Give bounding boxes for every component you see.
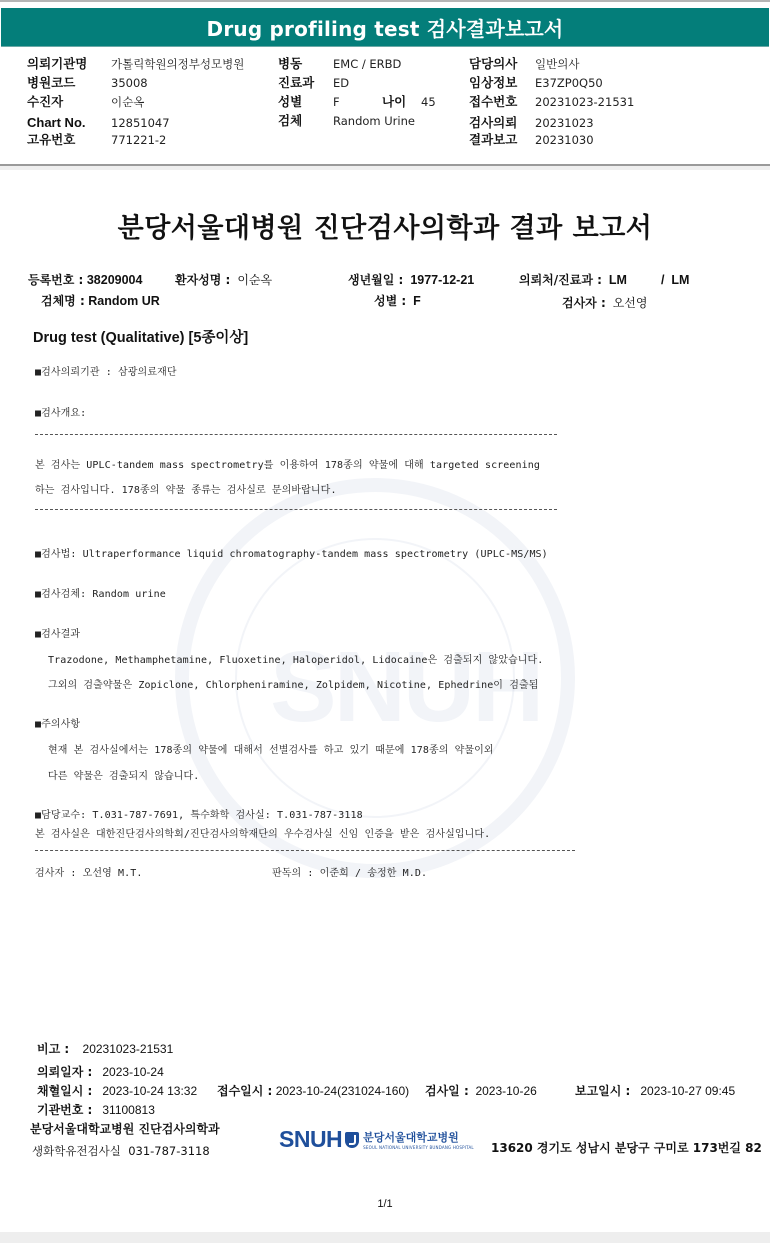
- result-heading: ■검사결과: [35, 625, 80, 640]
- label-attending-doctor: 담당의사: [469, 57, 517, 71]
- report-examiner: 검사자 : 오선영: [562, 294, 648, 311]
- result-line-2: 그외의 검출약물은 Zopiclone, Chlorpheniramine, Z…: [48, 676, 538, 691]
- overview-line-1: 본 검사는 UPLC-tandem mass spectrometry를 이용하…: [35, 456, 540, 471]
- certification-note: 본 검사실은 대한진단검사의학회/진단검사의학재단의 우수검사실 신임 인증을 …: [35, 825, 490, 840]
- caution-line-1: 현재 본 검사실에서는 178종의 약물에 대해서 선별검사를 하고 있기 때문…: [48, 741, 494, 756]
- label-chart-no: Chart No.: [27, 116, 86, 130]
- label-test-request: 검사의뢰: [469, 116, 517, 130]
- result-line-1: Trazodone, Methamphetamine, Fluoxetine, …: [48, 651, 543, 666]
- value-specimen: Random Urine: [333, 114, 415, 128]
- value-receipt-no: 20231023-21531: [535, 95, 634, 109]
- label-unique-no: 고유번호: [27, 133, 75, 147]
- label-sex: 성별: [278, 95, 302, 109]
- birth-date-value: 1977-12-21: [410, 273, 474, 287]
- dashed-divider: [35, 850, 575, 851]
- lab-contact: 생화학유전검사실 031-787-3118: [32, 1143, 210, 1159]
- receipt-value: 2023-10-24(231024-160): [276, 1084, 409, 1098]
- request-date-label: 의뢰일자 :: [37, 1065, 92, 1079]
- report-sex-label: 성별 :: [374, 294, 406, 308]
- specimen-name: 검체명 : Random UR: [41, 292, 160, 309]
- contact-info: ■담당교수: T.031-787-7691, 특수화학 검사실: T.031-7…: [35, 806, 363, 821]
- receipt-row: 접수일시 : 2023-10-24(231024-160): [217, 1082, 409, 1099]
- header-separator-shade: [0, 166, 770, 170]
- department-name-text: 분당서울대학교병원 진단검사의학과: [30, 1122, 220, 1136]
- value-clinical-info: E37ZP0Q50: [535, 76, 603, 90]
- label-hospital-code: 병원코드: [27, 76, 75, 90]
- registration-value: 38209004: [87, 273, 143, 287]
- registration-number: 등록번호 : 38209004: [28, 271, 142, 288]
- label-department: 진료과: [278, 76, 314, 90]
- testing-institution: ■검사의뢰기관 : 삼광의료재단: [35, 363, 177, 378]
- dashed-divider: [35, 434, 557, 435]
- test-method: ■검사법: Ultraperformance liquid chromatogr…: [35, 545, 548, 560]
- value-test-request: 20231023: [535, 116, 594, 130]
- test-specimen: ■검사검체: Random urine: [35, 585, 166, 600]
- overview-heading: ■검사개요:: [35, 404, 86, 419]
- department-name: 분당서울대학교병원 진단검사의학과: [30, 1120, 220, 1137]
- requesting-department-value1: LM: [609, 273, 627, 287]
- requesting-department: 의뢰처/진료과 : LM/ LM: [519, 271, 689, 288]
- patient-name-label: 환자성명 :: [175, 273, 230, 287]
- value-result-report: 20231030: [535, 133, 594, 147]
- label-age: 나이: [382, 95, 406, 109]
- value-hospital-code: 35008: [111, 76, 148, 90]
- value-department: ED: [333, 76, 349, 90]
- top-rule: [0, 0, 770, 2]
- snuh-shield-icon: [345, 1132, 359, 1148]
- note-row: 비고 : 20231023-21531: [37, 1040, 173, 1057]
- org-number-label: 기관번호 :: [37, 1103, 92, 1117]
- bottom-bar: [0, 1232, 770, 1243]
- value-unique-no: 771221-2: [111, 133, 166, 147]
- value-ward: EMC / ERBD: [333, 57, 401, 71]
- snuh-logo: SNUH 분당서울대학교병원 SEOUL NATIONAL UNIVERSITY…: [279, 1126, 474, 1153]
- label-result-report: 결과보고: [469, 133, 517, 147]
- address-text: 13620 경기도 성남시 분당구 구미로 173번길 82: [491, 1141, 762, 1155]
- report-sex-value: F: [413, 294, 421, 308]
- value-patient: 이순옥: [111, 95, 144, 109]
- requesting-department-value2: LM: [671, 273, 689, 287]
- test-name: Drug test (Qualitative) [5종이상]: [33, 326, 248, 347]
- overview-line-2: 하는 검사입니다. 178종의 약물 종류는 검사실로 문의바랍니다.: [35, 481, 337, 496]
- snuh-logo-english: SEOUL NATIONAL UNIVERSITY BUNDANG HOSPIT…: [363, 1145, 474, 1150]
- value-chart-no: 12851047: [111, 116, 170, 130]
- caution-line-2: 다른 약물은 검출되지 않습니다.: [48, 767, 199, 782]
- requesting-department-label: 의뢰처/진료과 :: [519, 273, 602, 287]
- birth-date-label: 생년월일 :: [348, 273, 403, 287]
- note-label: 비고 :: [37, 1042, 69, 1056]
- report-title: 분당서울대병원 진단검사의학과 결과 보고서: [0, 206, 770, 245]
- specimen-name-label: 검체명 :: [41, 294, 85, 308]
- collection-value: 2023-10-24 13:32: [102, 1084, 197, 1098]
- address: 13620 경기도 성남시 분당구 구미로 173번길 82: [491, 1139, 762, 1156]
- test-date-row: 검사일 : 2023-10-26: [425, 1082, 537, 1099]
- value-attending-doctor: 일반의사: [535, 57, 579, 71]
- report-date-row: 보고일시 : 2023-10-27 09:45: [575, 1082, 735, 1099]
- receipt-label: 접수일시 :: [217, 1084, 272, 1098]
- value-requesting-institution: 가톨릭학원의정부성모병원: [111, 57, 244, 71]
- label-specimen: 검체: [278, 114, 302, 128]
- label-patient: 수진자: [27, 95, 63, 109]
- document-title: Drug profiling test 검사결과보고서: [207, 13, 564, 42]
- collection-row: 채혈일시 : 2023-10-24 13:32: [37, 1082, 197, 1099]
- lab-name: 생화학유전검사실: [32, 1144, 121, 1158]
- registration-label: 등록번호 :: [28, 273, 83, 287]
- report-examiner-label: 검사자 :: [562, 296, 606, 310]
- value-sex: F: [333, 95, 340, 109]
- snuh-logo-korean: 분당서울대학교병원: [363, 1129, 474, 1145]
- test-date-value: 2023-10-26: [475, 1084, 536, 1098]
- collection-label: 채혈일시 :: [37, 1084, 92, 1098]
- specimen-name-value: Random UR: [88, 294, 160, 308]
- report-examiner-value: 오선영: [613, 296, 648, 310]
- reader-signature: 판독의 : 이준희 / 송정한 M.D.: [272, 864, 427, 879]
- page-indicator: 1/1: [0, 1198, 770, 1210]
- report-date-value: 2023-10-27 09:45: [640, 1084, 735, 1098]
- caution-heading: ■주의사항: [35, 715, 80, 730]
- org-number-row: 기관번호 : 31100813: [37, 1101, 155, 1118]
- request-date-value: 2023-10-24: [102, 1065, 163, 1079]
- value-age: 45: [421, 95, 436, 109]
- patient-name-value: 이순옥: [237, 273, 272, 287]
- examiner-signature: 검사자 : 오선영 M.T.: [35, 864, 143, 879]
- lab-phone: 031-787-3118: [128, 1144, 209, 1158]
- report-date-label: 보고일시 :: [575, 1084, 630, 1098]
- snuh-logo-text: SNUH: [279, 1126, 342, 1153]
- label-receipt-no: 접수번호: [469, 95, 517, 109]
- label-requesting-institution: 의뢰기관명: [27, 57, 87, 71]
- request-date-row: 의뢰일자 : 2023-10-24: [37, 1063, 164, 1080]
- title-bar: Drug profiling test 검사결과보고서: [1, 8, 769, 47]
- birth-date: 생년월일 : 1977-12-21: [348, 271, 474, 288]
- label-ward: 병동: [278, 57, 302, 71]
- test-date-label: 검사일 :: [425, 1084, 469, 1098]
- note-value: 20231023-21531: [83, 1042, 174, 1056]
- dashed-divider: [35, 509, 557, 510]
- org-number-value: 31100813: [102, 1103, 155, 1117]
- patient-name: 환자성명 : 이순옥: [175, 271, 272, 288]
- report-sex: 성별 : F: [374, 292, 421, 309]
- department-separator: /: [661, 273, 664, 287]
- label-clinical-info: 임상정보: [469, 76, 517, 90]
